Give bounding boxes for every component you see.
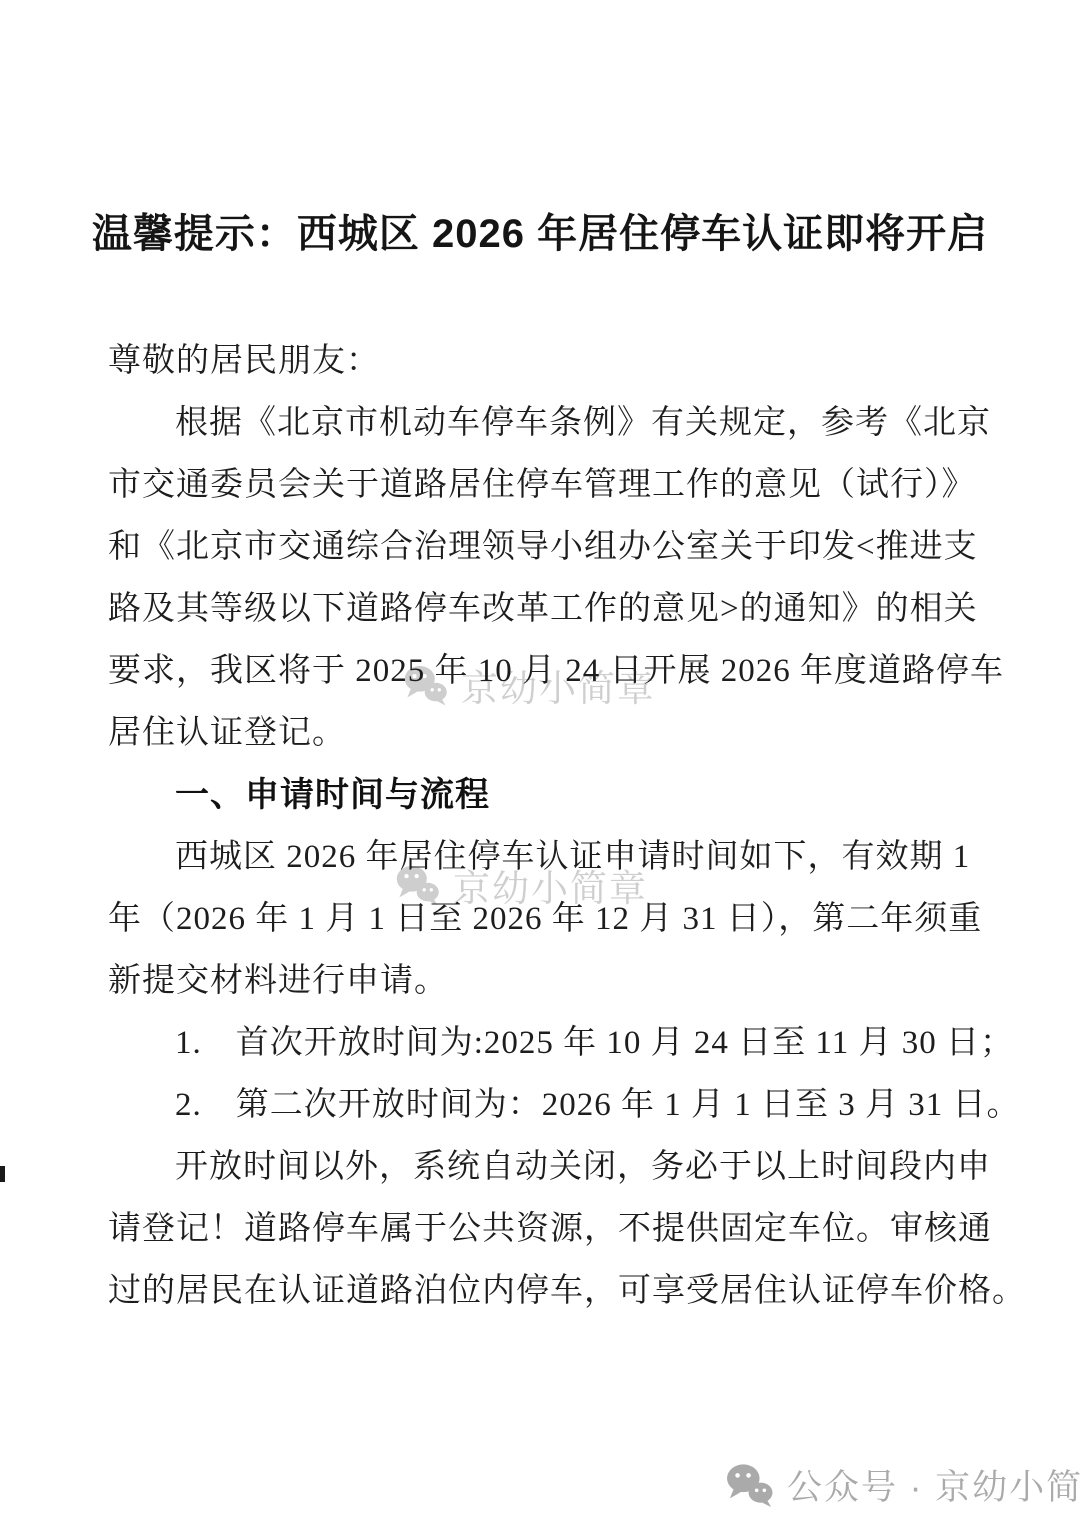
text-line: 要求，我区将于 2025 年 10 月 24 日开展 2026 年度道路停车: [108, 640, 992, 702]
text-line: 路及其等级以下道路停车改革工作的意见>的通知》的相关: [108, 578, 992, 640]
text-line: 开放时间以外，系统自动关闭，务必于以上时间段内申: [108, 1136, 992, 1198]
text-line: 和《北京市交通综合治理领导小组办公室关于印发<推进支: [108, 516, 992, 578]
watermark-footer-label: 公众号 · 京幼小简章: [787, 1460, 1080, 1510]
wechat-icon: [725, 1463, 775, 1507]
text-line: 过的居民在认证道路泊位内停车，可享受居住认证停车价格。: [108, 1260, 992, 1322]
scan-artifact: [0, 1166, 5, 1182]
document-page: 温馨提示：西城区 2026 年居住停车认证即将开启 尊敬的居民朋友：根据《北京市…: [0, 0, 1080, 1528]
text-line: 居住认证登记。: [108, 702, 992, 764]
text-line: 1. 首次开放时间为:2025 年 10 月 24 日至 11 月 30 日；: [108, 1012, 992, 1074]
text-line: 尊敬的居民朋友：: [108, 330, 992, 392]
document-body: 尊敬的居民朋友：根据《北京市机动车停车条例》有关规定，参考《北京市交通委员会关于…: [108, 330, 992, 1322]
text-line: 2. 第二次开放时间为：2026 年 1 月 1 日至 3 月 31 日。: [108, 1074, 992, 1136]
document-title: 温馨提示：西城区 2026 年居住停车认证即将开启: [0, 208, 1080, 260]
text-line: 新提交材料进行申请。: [108, 950, 992, 1012]
text-line: 市交通委员会关于道路居住停车管理工作的意见（试行）》: [108, 454, 992, 516]
text-line: 根据《北京市机动车停车条例》有关规定，参考《北京: [108, 392, 992, 454]
section-heading: 一、申请时间与流程: [108, 764, 992, 826]
text-line: 请登记！道路停车属于公共资源，不提供固定车位。审核通: [108, 1198, 992, 1260]
watermark-footer: 公众号 · 京幼小简章: [725, 1460, 1080, 1510]
text-line: 西城区 2026 年居住停车认证申请时间如下，有效期 1: [108, 826, 992, 888]
text-line: 年（2026 年 1 月 1 日至 2026 年 12 月 31 日），第二年须…: [108, 888, 992, 950]
